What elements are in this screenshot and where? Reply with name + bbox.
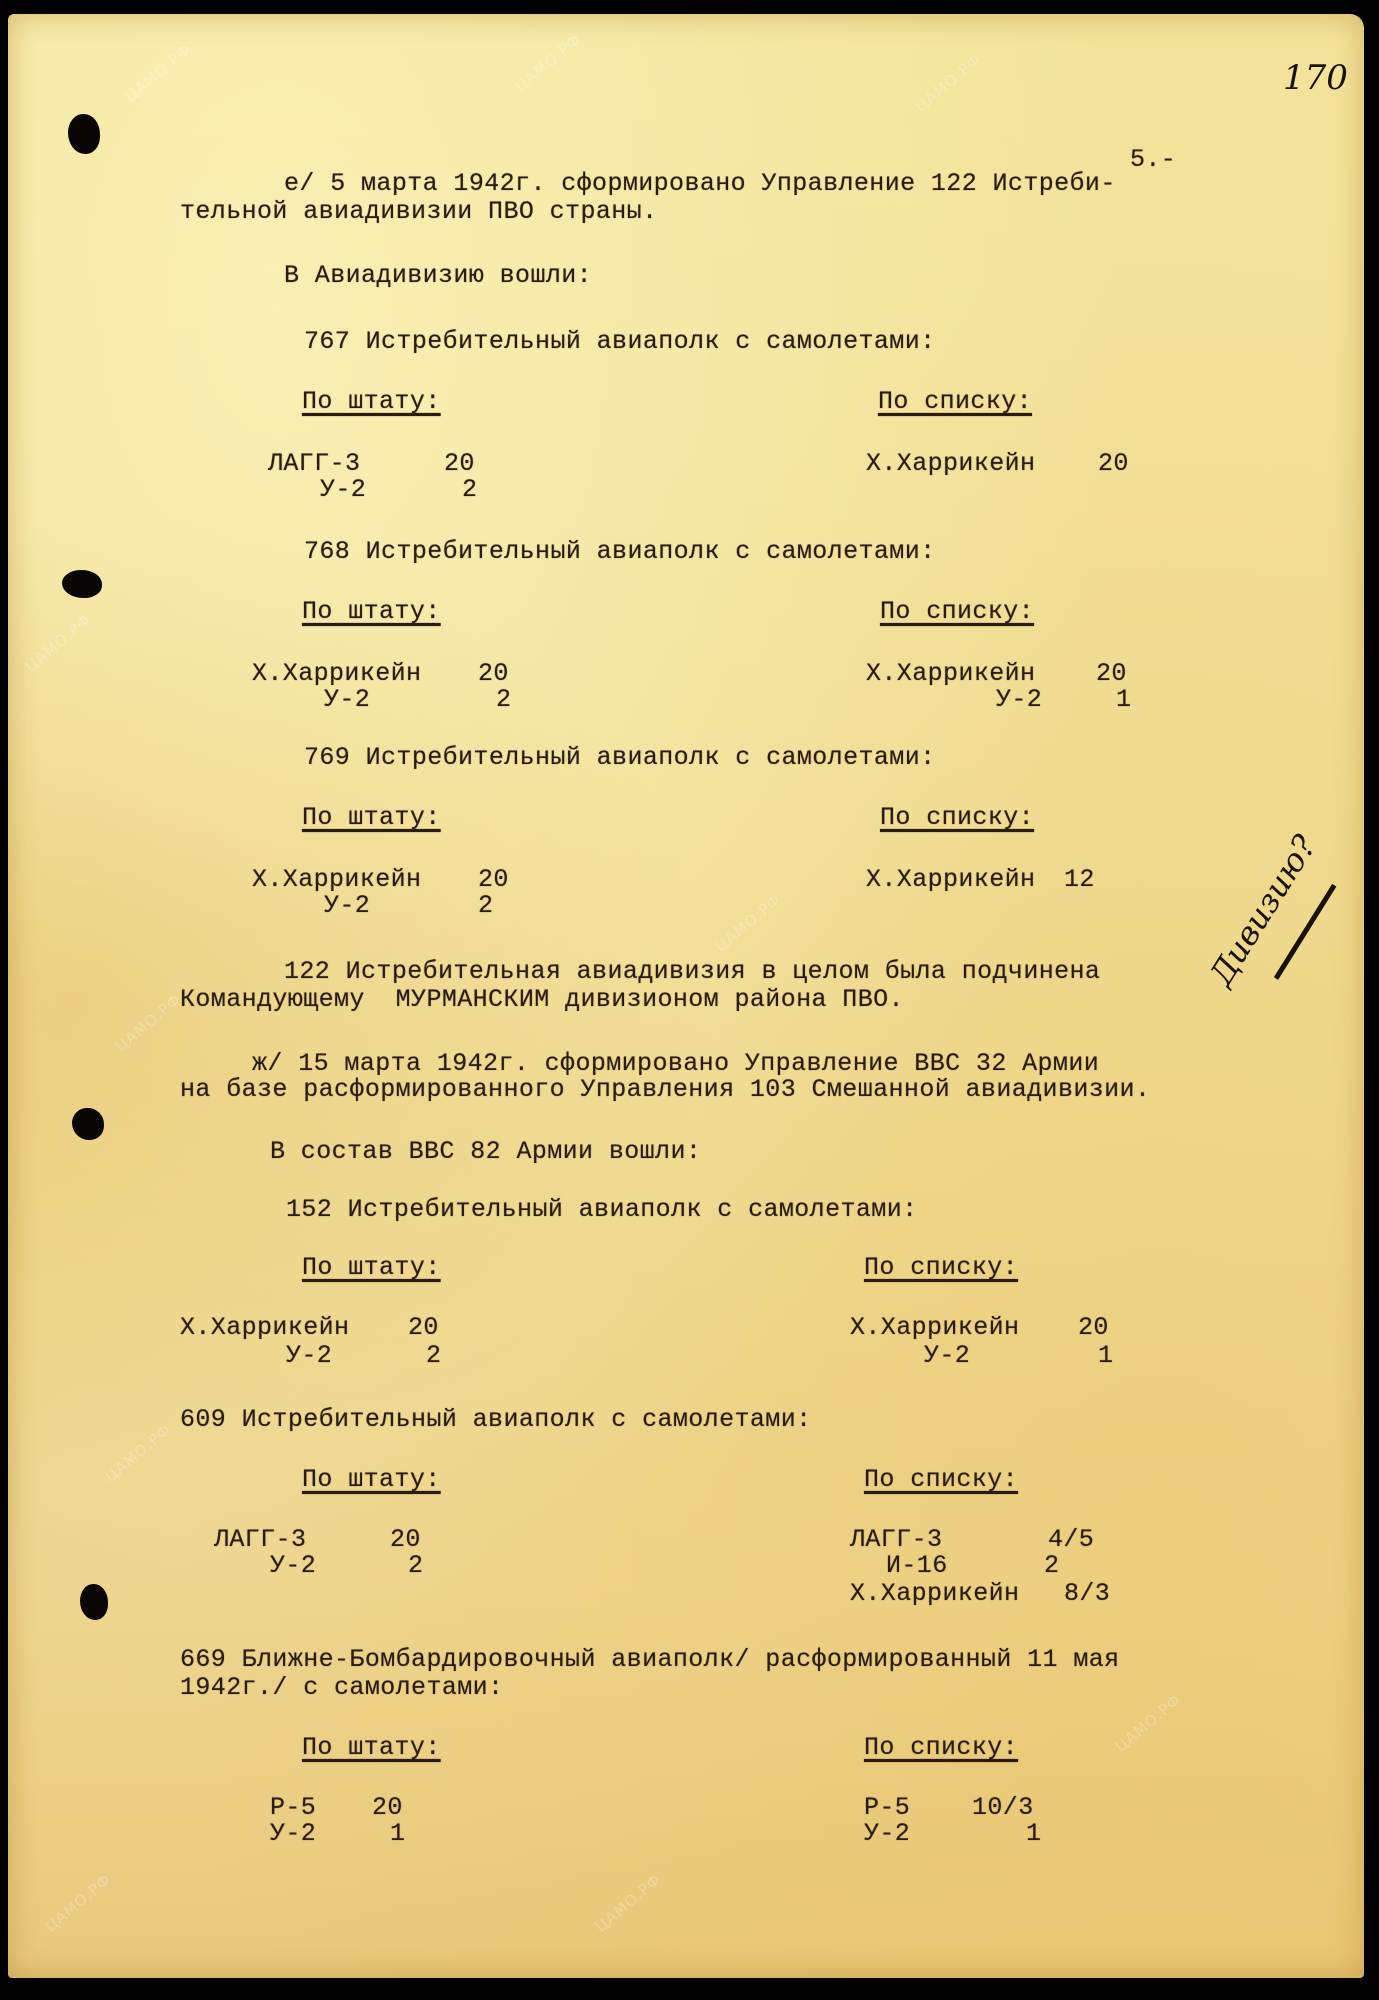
watermark: ЦАМО.РФ	[122, 40, 195, 105]
paragraph-zh-line2: на базе расформированного Управления 103…	[180, 1076, 1150, 1104]
staff-aircraft: У-2	[270, 1820, 316, 1848]
by-list-header: По списку:	[864, 1734, 1018, 1762]
staff-count: 20	[408, 1314, 439, 1342]
paragraph-e-line1: е/ 5 марта 1942г. сформировано Управлени…	[284, 170, 1116, 198]
document-page: ЦАМО.РФ ЦАМО.РФ ЦАМО.РФ ЦАМО.РФ ЦАМО.РФ …	[8, 14, 1364, 1978]
staff-aircraft: Р-5	[270, 1794, 316, 1822]
punch-hole	[68, 114, 100, 154]
staff-aircraft: Х.Харрикейн	[252, 660, 421, 688]
list-aircraft: У-2	[996, 686, 1042, 714]
list-aircraft: ЛАГГ-3	[850, 1526, 942, 1554]
watermark: ЦАМО.РФ	[1112, 1690, 1185, 1755]
staff-aircraft: У-2	[270, 1552, 316, 1580]
paragraph-e-line2: тельной авиадивизии ПВО страны.	[180, 198, 657, 226]
watermark: ЦАМО.РФ	[112, 990, 185, 1055]
list-aircraft: Х.Харрикейн	[866, 660, 1035, 688]
list-aircraft: У-2	[924, 1342, 970, 1370]
list-aircraft: Х.Харрикейн	[850, 1314, 1019, 1342]
typed-page-number: 5.-	[1130, 146, 1176, 174]
regiment-152-title: 152 Истребительный авиаполк с самолетами…	[286, 1196, 918, 1224]
punch-hole	[80, 1584, 108, 1620]
staff-aircraft: Х.Харрикейн	[252, 866, 421, 894]
regiment-609-title: 609 Истребительный авиаполк с самолетами…	[180, 1406, 812, 1434]
regiment-769-title: 769 Истребительный авиаполк с самолетами…	[304, 744, 936, 772]
staff-aircraft: У-2	[320, 476, 366, 504]
staff-aircraft: ЛАГГ-3	[268, 450, 360, 478]
watermark: ЦАМО.РФ	[592, 1870, 665, 1935]
staff-count: 20	[372, 1794, 403, 1822]
army-composition-intro: В состав ВВС 82 Армии вошли:	[270, 1138, 701, 1166]
regiment-768-title: 768 Истребительный авиаполк с самолетами…	[304, 538, 936, 566]
list-count: 8/3	[1064, 1580, 1110, 1608]
staff-count: 20	[390, 1526, 421, 1554]
list-count: 1	[1116, 686, 1131, 714]
staff-count: 2	[496, 686, 511, 714]
by-list-header: По списку:	[878, 388, 1032, 416]
staff-count: 2	[408, 1552, 423, 1580]
division-intro: В Авиадивизию вошли:	[284, 262, 592, 290]
by-list-header: По списку:	[880, 598, 1034, 626]
list-aircraft: Х.Харрикейн	[850, 1580, 1019, 1608]
regiment-767-title: 767 Истребительный авиаполк с самолетами…	[304, 328, 936, 356]
staff-count: 20	[478, 660, 509, 688]
list-aircraft: И-16	[886, 1552, 948, 1580]
by-list-header: По списку:	[864, 1466, 1018, 1494]
paragraph-122-line2: Командующему МУРМАНСКИМ дивизионом район…	[180, 986, 904, 1014]
by-staff-header: По штату:	[302, 1254, 441, 1282]
staff-aircraft: Х.Харрикейн	[180, 1314, 349, 1342]
list-aircraft: У-2	[864, 1820, 910, 1848]
by-staff-header: По штату:	[302, 804, 441, 832]
watermark: ЦАМО.РФ	[712, 890, 785, 955]
staff-aircraft: У-2	[324, 892, 370, 920]
punch-hole	[72, 1108, 104, 1140]
regiment-669-title-line2: 1942г./ с самолетами:	[180, 1674, 503, 1702]
by-list-header: По списку:	[880, 804, 1034, 832]
archive-page-number: 170	[1283, 58, 1348, 98]
list-count: 1	[1026, 1820, 1041, 1848]
list-aircraft: Х.Харрикейн	[866, 450, 1035, 478]
list-count: 1	[1098, 1342, 1113, 1370]
paragraph-zh-line1: ж/ 15 марта 1942г. сформировано Управлен…	[252, 1050, 1099, 1078]
by-staff-header: По штату:	[302, 388, 441, 416]
watermark: ЦАМО.РФ	[912, 50, 985, 115]
staff-count: 20	[444, 450, 475, 478]
staff-aircraft: ЛАГГ-3	[214, 1526, 306, 1554]
staff-count: 2	[478, 892, 493, 920]
staff-aircraft: У-2	[286, 1342, 332, 1370]
staff-count: 2	[426, 1342, 441, 1370]
list-count: 20	[1078, 1314, 1109, 1342]
staff-count: 1	[390, 1820, 405, 1848]
by-list-header: По списку:	[864, 1254, 1018, 1282]
by-staff-header: По штату:	[302, 1466, 441, 1494]
list-aircraft: Р-5	[864, 1794, 910, 1822]
list-count: 12	[1064, 866, 1095, 894]
watermark: ЦАМО.РФ	[512, 30, 585, 95]
regiment-669-title-line1: 669 Ближне-Бомбардировочный авиаполк/ ра…	[180, 1646, 1120, 1674]
watermark: ЦАМО.РФ	[42, 1870, 115, 1935]
staff-aircraft: У-2	[324, 686, 370, 714]
list-count: 10/3	[972, 1794, 1034, 1822]
list-count: 2	[1044, 1552, 1059, 1580]
by-staff-header: По штату:	[302, 598, 441, 626]
list-count: 4/5	[1048, 1526, 1094, 1554]
list-count: 20	[1096, 660, 1127, 688]
list-aircraft: Х.Харрикейн	[866, 866, 1035, 894]
punch-hole	[62, 570, 102, 598]
watermark: ЦАМО.РФ	[22, 610, 95, 675]
list-count: 20	[1098, 450, 1129, 478]
staff-count: 20	[478, 866, 509, 894]
by-staff-header: По штату:	[302, 1734, 441, 1762]
staff-count: 2	[462, 476, 477, 504]
watermark: ЦАМО.РФ	[102, 1420, 175, 1485]
margin-note: Дивизию?	[1202, 828, 1324, 992]
paragraph-122-line1: 122 Истребительная авиадивизия в целом б…	[284, 958, 1100, 986]
